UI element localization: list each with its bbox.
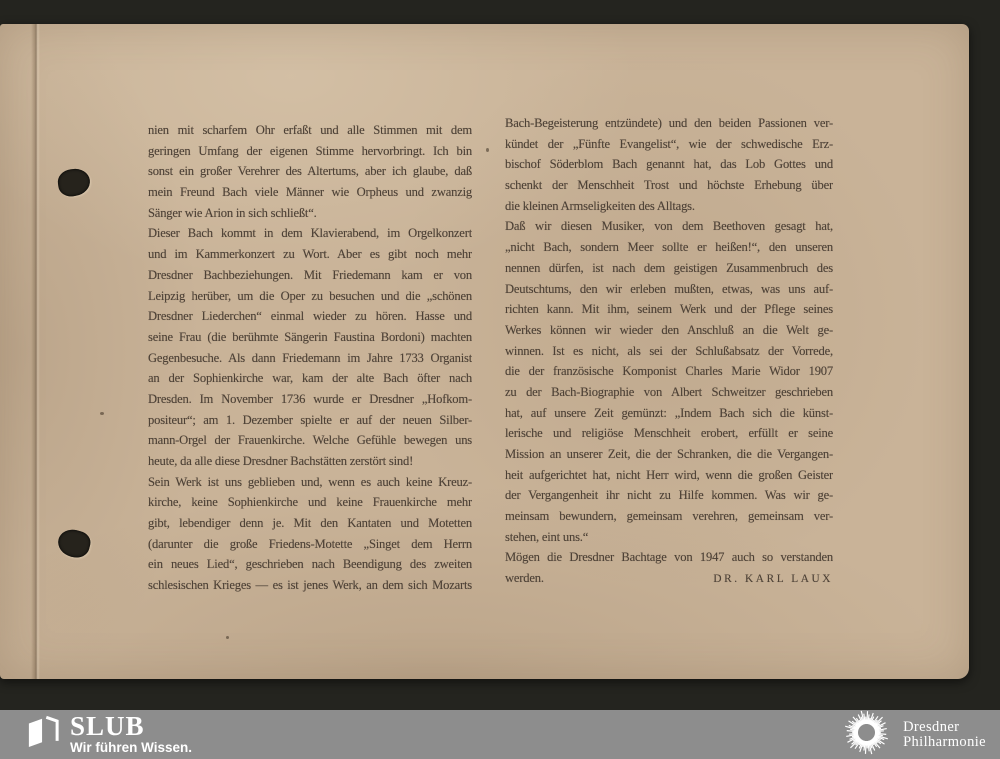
text-line: Gegenbesuche. Als dann Friedemann im Jah… [148, 348, 472, 369]
author-signature: DR. KARL LAUX [713, 569, 833, 590]
text-line: Sein Werk ist uns geblieben und, wenn es… [148, 472, 472, 493]
paper-speck [486, 148, 489, 152]
text-line: Dresden. Im November 1736 wurde er Dresd… [148, 389, 472, 410]
text-line: (darunter die große Friedens-Motette „Si… [148, 534, 472, 555]
binding-crease [31, 24, 40, 679]
text-line: lerische und religiöse Menschheit erober… [505, 423, 833, 444]
text-line: geringen Umfang der eigenen Stimme hervo… [148, 141, 472, 162]
open-book-icon [27, 717, 70, 753]
philharmonie-name: Dresdner Philharmonie [903, 720, 986, 749]
text-line: sonst ein großer Verehrer des Altertums,… [148, 161, 472, 182]
text-line: Daß wir diesen Musiker, von dem Beethove… [505, 216, 833, 237]
text-line: und im Kammerkonzert zu Wort. Aber es gi… [148, 244, 472, 265]
slub-tagline: Wir führen Wissen. [70, 740, 192, 756]
text-line: kirche, keine Sophienkirche und keine Fr… [148, 492, 472, 513]
text-line: mein Freund Bach viele Männer wie Orpheu… [148, 182, 472, 203]
text-line: Werkes können wir wieder den Anschluß an… [505, 320, 833, 341]
text-column-right: Bach-Begeisterung entzündete) und den be… [505, 113, 833, 589]
text-line: Leipzig herüber, um die Oper zu besuchen… [148, 286, 472, 307]
text-line: gibt, lebendiger denn je. Mit den Kantat… [148, 513, 472, 534]
text-line: kündet der „Fünfte Evangelist“, wie der … [505, 134, 833, 155]
text-line: mann-Orgel der Frauenkirche. Welche Gefü… [148, 430, 472, 451]
text-line: nien mit scharfem Ohr erfaßt und alle St… [148, 120, 472, 141]
footer-bar: SLUB Wir führen Wissen. Dresdner Philhar… [0, 710, 1000, 759]
punch-hole [56, 167, 91, 198]
text-line: positeur“; am 1. Dezember spielte er auf… [148, 410, 472, 431]
text-line: seine Frau (die berühmte Sängerin Fausti… [148, 327, 472, 348]
philharmonie-logo[interactable]: Dresdner Philharmonie [843, 710, 1000, 759]
text-line: die der französische Komponist Charles M… [505, 361, 833, 382]
philharmonie-name-line2: Philharmonie [903, 735, 986, 750]
text-line: Mögen die Dresdner Bachtage von 1947 auc… [505, 547, 833, 568]
text-line: schlesischen Krieges — es ist jenes Werk… [148, 575, 472, 596]
text-line: heit aufgerichtet hat, nicht Herr wird, … [505, 465, 833, 486]
text-line: heute, da alle diese Dresdner Bachstätte… [148, 451, 472, 472]
text-line: Sänger wie Arion in sich schließt“. [148, 203, 472, 224]
scan-viewer: nien mit scharfem Ohr erfaßt und alle St… [0, 0, 1000, 759]
punch-hole [55, 527, 93, 561]
philharmonie-name-line1: Dresdner [903, 720, 986, 735]
text-line: die kleinen Armseligkeiten des Alltags. [505, 196, 833, 217]
text-line: richten kann. Mit ihm, seinem Werk und d… [505, 299, 833, 320]
text-line: an der Sophienkirche war, kam der alte B… [148, 368, 472, 389]
text-line: Dieser Bach kommt in dem Klavierabend, i… [148, 223, 472, 244]
text-line: winnen. Ist es nicht, als sei der Schluß… [505, 341, 833, 362]
closing-line: werden.DR. KARL LAUX [505, 568, 833, 589]
text-column-left: nien mit scharfem Ohr erfaßt und alle St… [148, 120, 472, 596]
text-line: stehen, eint uns.“ [505, 527, 833, 548]
text-line: werden. [505, 568, 544, 589]
scanned-page: nien mit scharfem Ohr erfaßt und alle St… [0, 24, 969, 679]
sunburst-icon [843, 709, 903, 759]
text-line: „nicht Bach, sondern Meer sollte er heiß… [505, 237, 833, 258]
text-line: meinsam bewundern, gemeinsam verehren, g… [505, 506, 833, 527]
text-line: hat, auf unsere Zeit gemünzt: „Indem Bac… [505, 403, 833, 424]
text-line: schenkt der Menschheit Trost und höchste… [505, 175, 833, 196]
paper-speck [100, 412, 104, 415]
text-line: Mission an unserer Zeit, die der Schrank… [505, 444, 833, 465]
text-line: Deutschtums, den wir erleben mußten, etw… [505, 279, 833, 300]
text-line: bischof Söderblom Bach genannt hat, das … [505, 154, 833, 175]
text-line: Bach-Begeisterung entzündete) und den be… [505, 113, 833, 134]
text-line: ein neues Lied“, geschrieben nach Beendi… [148, 554, 472, 575]
text-line: der Vergangenheit ihr nicht zu Hilfe kom… [505, 485, 833, 506]
text-line: Dresdner Liederchen“ einmal wieder zu hö… [148, 306, 472, 327]
text-line: zu der Bach-Biographie von Albert Schwei… [505, 382, 833, 403]
slub-wordmark: SLUB [70, 713, 192, 739]
text-line: nennen dürfen, ist nach dem geistigen Zu… [505, 258, 833, 279]
slub-logo[interactable]: SLUB Wir führen Wissen. [0, 710, 192, 759]
paper-speck [226, 636, 229, 639]
text-line: Dresdner Bachbeziehungen. Mit Friedemann… [148, 265, 472, 286]
